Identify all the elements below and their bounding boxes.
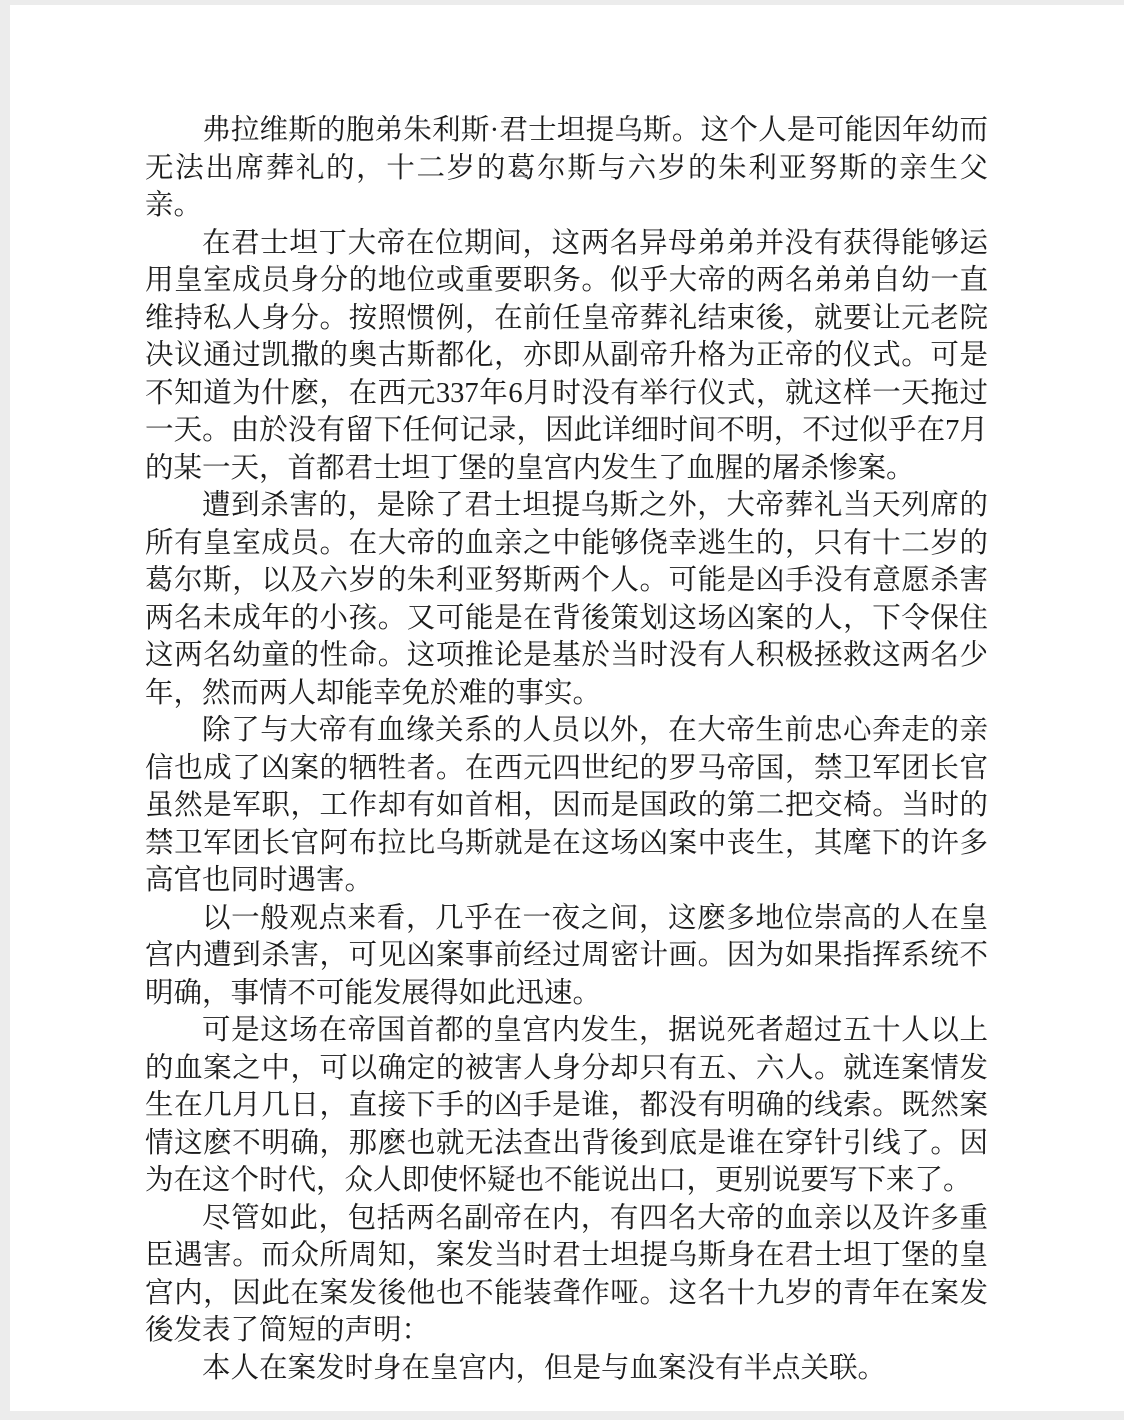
book-page: 弗拉维斯的胞弟朱利斯·君士坦提乌斯。这个人是可能因年幼而无法出席葬礼的，十二岁的… bbox=[0, 0, 1124, 1420]
body-paragraph-6: 可是这场在帝国首都的皇宫内发生，据说死者超过五十人以上的血案之中，可以确定的被害… bbox=[145, 1012, 988, 1200]
body-paragraph-2: 在君士坦丁大帝在位期间，这两名异母弟弟并没有获得能够运用皇室成员身分的地位或重要… bbox=[145, 225, 988, 488]
body-paragraph-3: 遭到杀害的，是除了君士坦提乌斯之外，大帝葬礼当天列席的所有皇室成员。在大帝的血亲… bbox=[145, 487, 988, 712]
scan-edge-left bbox=[0, 0, 10, 1420]
body-paragraph-4: 除了与大帝有血缘关系的人员以外，在大帝生前忠心奔走的亲信也成了凶案的牺牲者。在西… bbox=[145, 712, 988, 900]
scan-edge-bottom bbox=[0, 1411, 1124, 1420]
body-paragraph-5: 以一般观点来看，几乎在一夜之间，这麽多地位崇高的人在皇宫内遭到杀害，可见凶案事前… bbox=[145, 900, 988, 1013]
body-paragraph-1: 弗拉维斯的胞弟朱利斯·君士坦提乌斯。这个人是可能因年幼而无法出席葬礼的，十二岁的… bbox=[145, 112, 988, 225]
statement-quote-line: 本人在案发时身在皇宫内，但是与血案没有半点关联。 bbox=[145, 1350, 988, 1388]
scan-edge-top bbox=[0, 0, 1124, 5]
body-paragraph-7: 尽管如此，包括两名副帝在内，有四名大帝的血亲以及许多重臣遇害。而众所周知，案发当… bbox=[145, 1200, 988, 1350]
page-text-block: 弗拉维斯的胞弟朱利斯·君士坦提乌斯。这个人是可能因年幼而无法出席葬礼的，十二岁的… bbox=[145, 112, 988, 1387]
